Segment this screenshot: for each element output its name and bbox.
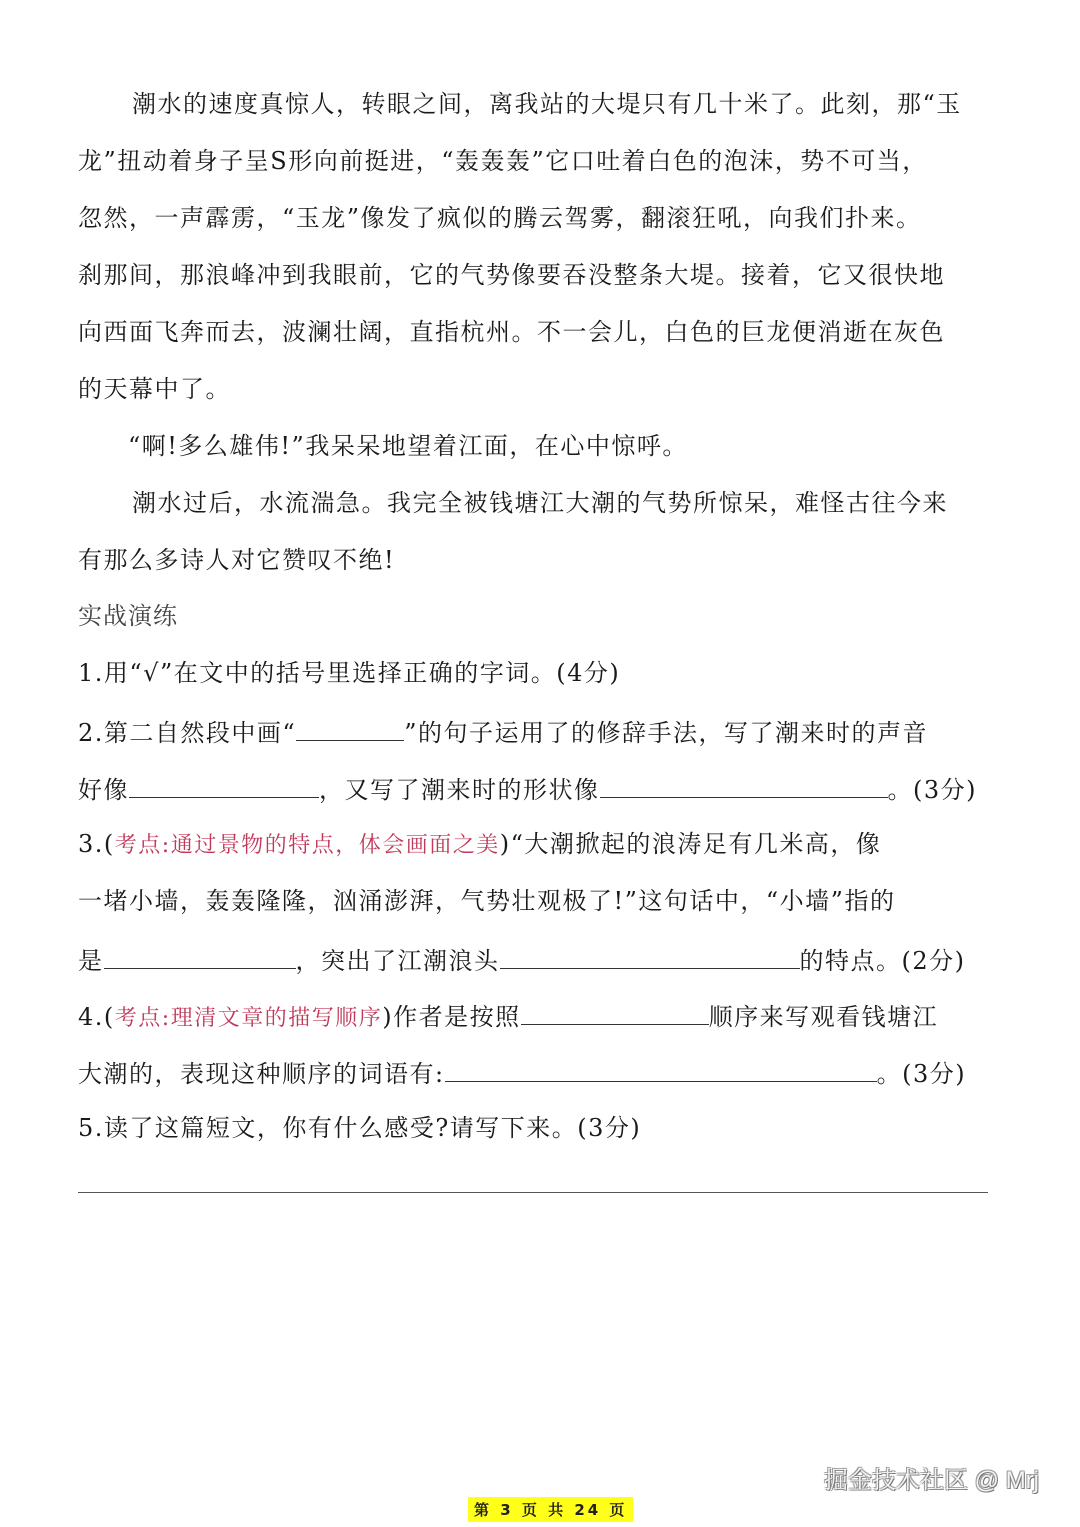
question-text: 是 [78, 947, 104, 975]
question-text: 大潮的，表现这种顺序的词语有: [78, 1060, 445, 1088]
question-3-line-3: 是，突出了江潮浪头的特点。(2分) [78, 942, 1008, 977]
question-2-line-1: 2.第二自然段中画“”的句子运用了的修辞手法，写了潮来时的声音 [78, 714, 1008, 749]
question-text: 的特点。(2分) [800, 947, 966, 975]
keypoint-label: 考点:理清文章的描写顺序 [115, 1006, 382, 1031]
question-4-line-2: 大潮的，表现这种顺序的词语有:。(3分) [78, 1055, 1008, 1090]
question-text: 用“√”在文中的括号里选择正确的字词。(4分) [104, 659, 620, 687]
answer-blank[interactable] [129, 771, 319, 798]
page-indicator: 第 3 页 共 24 页 [468, 1497, 633, 1522]
passage-line: 忽然，一声霹雳，“玉龙”像发了疯似的腾云驾雾，翻滚狂吼，向我们扑来。 [78, 202, 1008, 234]
watermark: 掘金技术社区 @ Mrj [824, 1460, 1039, 1495]
answer-blank[interactable] [445, 1055, 877, 1082]
section-heading: 实战演练 [78, 600, 1008, 632]
passage-line: 潮水的速度真惊人，转眼之间，离我站的大堤只有几十米了。此刻，那“玉 [132, 88, 1062, 120]
paren: ) [382, 1003, 393, 1031]
passage-line: 潮水过后，水流湍急。我完全被钱塘江大潮的气势所惊呆，难怪古往今来 [132, 487, 1062, 519]
question-text: 好像 [78, 776, 129, 804]
answer-blank[interactable] [600, 771, 888, 798]
passage-line: “啊!多么雄伟!”我呆呆地望着江面，在心中惊呼。 [128, 430, 1058, 462]
question-3-line-2: 一堵小墙，轰轰隆隆，汹涌澎湃，气势壮观极了!”这句话中，“小墙”指的 [78, 885, 1008, 917]
question-text: 作者是按照 [393, 1003, 521, 1031]
paren: ) [500, 830, 511, 858]
question-text: 顺序来写观看钱塘江 [709, 1003, 939, 1031]
passage-line: 刹那间，那浪峰冲到我眼前，它的气势像要吞没整条大堤。接着，它又很快地 [78, 259, 1008, 291]
passage-line: 龙”扭动着身子呈S形向前挺进，“轰轰轰”它口吐着白色的泡沫，势不可当， [78, 145, 1008, 177]
keypoint-label: 考点:通过景物的特点，体会画面之美 [115, 833, 500, 858]
passage-line: 有那么多诗人对它赞叹不绝! [78, 544, 1008, 576]
question-text: 。(3分) [888, 776, 978, 804]
question-2-line-2: 好像，又写了潮来时的形状像。(3分) [78, 771, 1008, 806]
answer-blank[interactable] [521, 998, 709, 1025]
question-number: 5. [78, 1114, 104, 1142]
question-text: 第二自然段中画“ [104, 719, 296, 747]
passage-line: 的天幕中了。 [78, 373, 1008, 405]
paren: ( [104, 830, 115, 858]
answer-blank[interactable] [104, 942, 296, 969]
question-number: 2. [78, 719, 104, 747]
question-text: “大潮掀起的浪涛足有几米高，像 [511, 830, 882, 858]
answer-blank[interactable] [500, 942, 800, 969]
question-text: ，又写了潮来时的形状像 [319, 776, 600, 804]
question-number: 3. [78, 830, 104, 858]
question-number: 1. [78, 659, 104, 687]
answer-blank[interactable] [296, 714, 404, 741]
question-text: ”的句子运用了的修辞手法，写了潮来时的声音 [404, 719, 928, 747]
question-1: 1.用“√”在文中的括号里选择正确的字词。(4分) [78, 657, 1008, 689]
paren: ( [104, 1003, 115, 1031]
passage-line: 向西面飞奔而去，波澜壮阔，直指杭州。不一会儿，白色的巨龙便消逝在灰色 [78, 316, 1008, 348]
question-number: 4. [78, 1003, 104, 1031]
question-text: ，突出了江潮浪头 [296, 947, 500, 975]
question-4-line-1: 4.(考点:理清文章的描写顺序)作者是按照顺序来写观看钱塘江 [78, 998, 1008, 1035]
question-text: 。(3分) [877, 1060, 967, 1088]
question-text: 读了这篇短文，你有什么感受?请写下来。(3分) [104, 1114, 641, 1142]
question-3-line-1: 3.(考点:通过景物的特点，体会画面之美)“大潮掀起的浪涛足有几米高，像 [78, 828, 1008, 862]
question-5: 5.读了这篇短文，你有什么感受?请写下来。(3分) [78, 1112, 1008, 1144]
answer-line[interactable] [78, 1192, 988, 1193]
